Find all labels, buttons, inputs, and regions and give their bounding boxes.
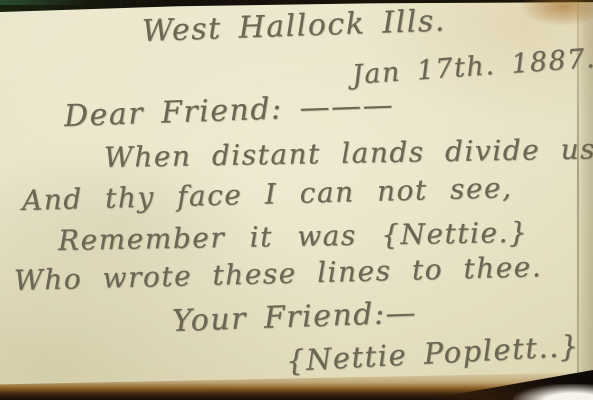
right-page-edge-line	[577, 0, 579, 400]
top-left-cover-edge	[0, 0, 90, 5]
album-page-photo: West Hallock Ills. Jan 17th. 1887. Dear …	[0, 0, 593, 400]
bottom-right-highlight	[513, 384, 593, 400]
